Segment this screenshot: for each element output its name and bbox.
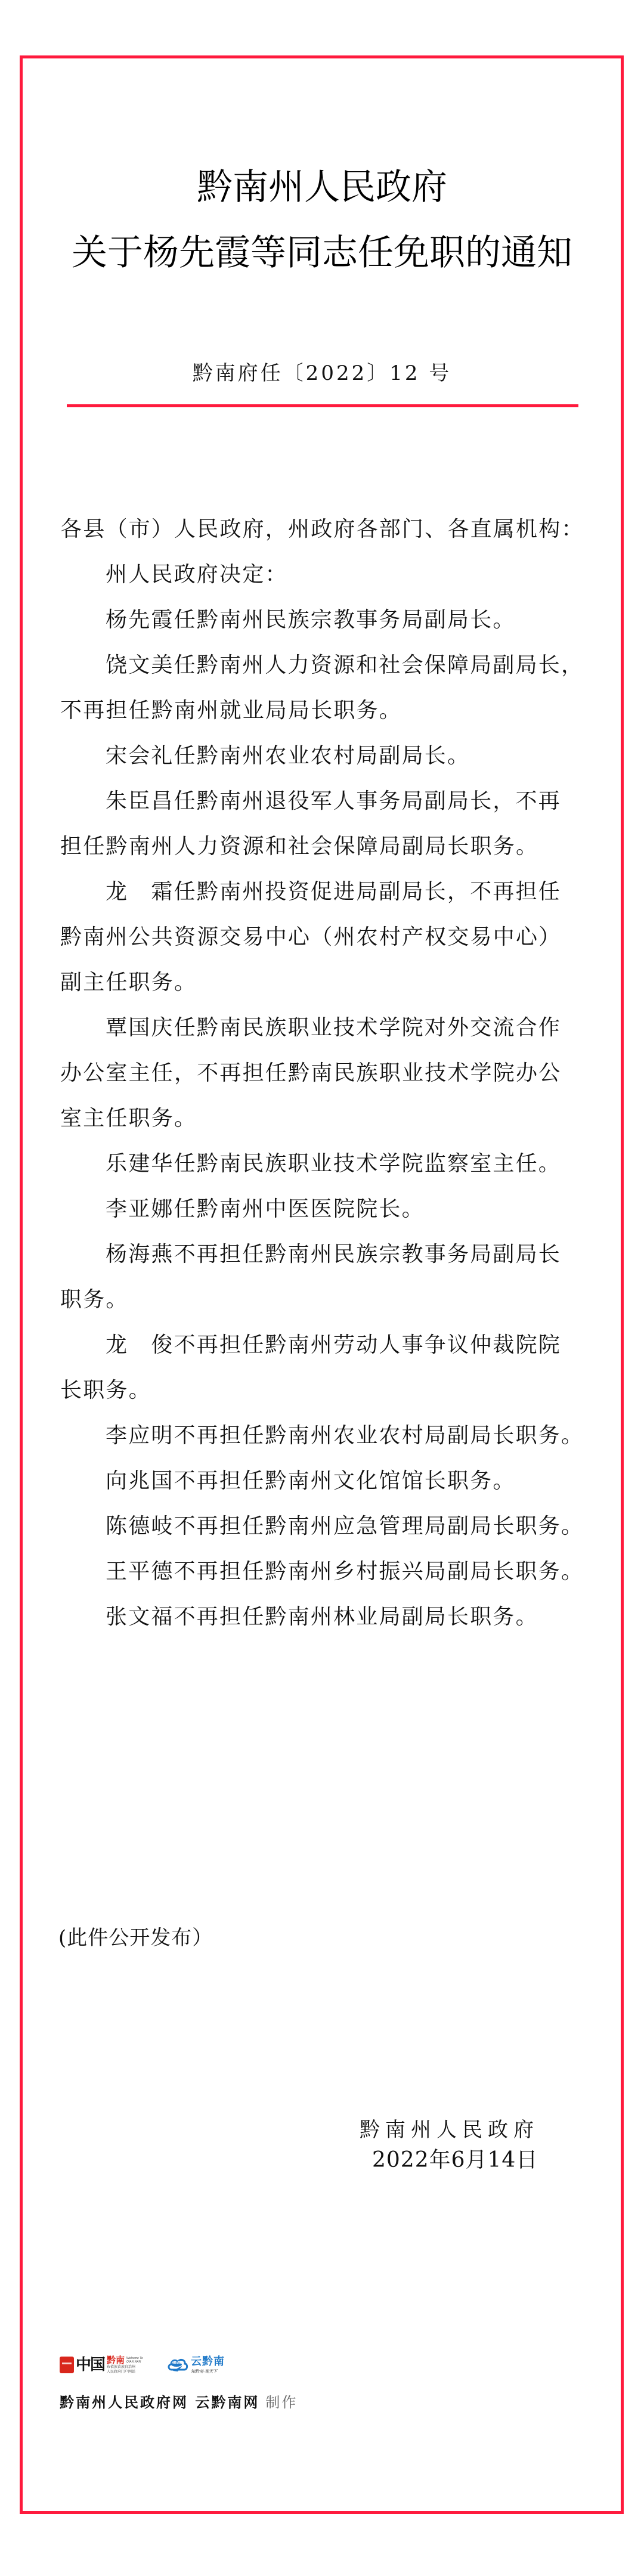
logo-subtitle-1: 布依族苗族自治州 xyxy=(107,2365,143,2370)
yunqiannan-text-group: 云黔南 知黔南·观天下 xyxy=(191,2355,225,2374)
issuer-signature: 黔南州人民政府 xyxy=(360,2117,539,2143)
body-line: 州人民政府决定： xyxy=(60,562,591,607)
document-number: 黔南府任〔2022〕12 号 xyxy=(0,360,644,386)
body-line: 担任黔南州人力资源和社会保障局副局长职务。 xyxy=(60,834,591,879)
body-line: 办公室主任，不再担任黔南民族职业技术学院办公 xyxy=(60,1060,591,1106)
qiannan-gov-logo[interactable]: 中国 黔南 Welcome To QIAN NAN 布依族苗族自治州 人民政府门… xyxy=(60,2351,162,2379)
body-line: 室主任职务。 xyxy=(60,1106,591,1151)
logo-qiannan-red-text: 黔南 xyxy=(107,2355,125,2365)
cloud-media-icon: media xyxy=(167,2357,188,2373)
body-line: 杨先霞任黔南州民族宗教事务局副局长。 xyxy=(60,607,591,652)
body-line: 张文福不再担任黔南州林业局副局长职务。 xyxy=(60,1604,591,1649)
body-line: 王平德不再担任黔南州乡村振兴局副局长职务。 xyxy=(60,1559,591,1604)
yunqiannan-name: 云黔南 xyxy=(191,2355,225,2368)
body-line: 不再担任黔南州就业局局长职务。 xyxy=(60,698,591,743)
body-line: 陈德岐不再担任黔南州应急管理局副局长职务。 xyxy=(60,1513,591,1559)
notice-body: 各县（市）人民政府，州政府各部门、各直属机构：州人民政府决定：杨先霞任黔南州民族… xyxy=(60,516,591,1649)
body-line: 乐建华任黔南民族职业技术学院监察室主任。 xyxy=(60,1151,591,1196)
logo-subtitle-2: 人民政府门户网站 xyxy=(107,2370,143,2374)
logo-welcome-group: Welcome To QIAN NAN xyxy=(126,2357,143,2364)
credit-organizations: 黔南州人民政府网 云黔南网 xyxy=(60,2394,259,2411)
body-line: 李应明不再担任黔南州农业农村局副局长职务。 xyxy=(60,1423,591,1468)
yunqiannan-logo[interactable]: media 云黔南 知黔南·观天下 xyxy=(167,2351,225,2379)
body-line: 黔南州公共资源交易中心（州农村产权交易中心） xyxy=(60,924,591,970)
body-line: 李亚娜任黔南州中医医院院长。 xyxy=(60,1196,591,1241)
body-line: 饶文美任黔南州人力资源和社会保障局副局长， xyxy=(60,652,591,698)
title-line-1: 黔南州人民政府 xyxy=(0,166,644,209)
body-line: 副主任职务。 xyxy=(60,970,591,1015)
yunqiannan-tagline: 知黔南·观天下 xyxy=(191,2368,225,2374)
publication-note: (此件公开发布） xyxy=(58,1925,213,1951)
production-credit: 黔南州人民政府网 云黔南网制作 xyxy=(60,2392,298,2413)
body-line: 覃国庆任黔南民族职业技术学院对外交流合作 xyxy=(60,1015,591,1060)
body-line: 向兆国不再担任黔南州文化馆馆长职务。 xyxy=(60,1468,591,1513)
footer-logos: 中国 黔南 Welcome To QIAN NAN 布依族苗族自治州 人民政府门… xyxy=(60,2351,225,2379)
red-seal-icon xyxy=(60,2357,74,2373)
issue-date: 2022年6月14日 xyxy=(372,2147,538,2174)
cloud-media-label: media xyxy=(172,2360,182,2365)
logo-qiannan-text-group: 黔南 Welcome To QIAN NAN 布依族苗族自治州 人民政府门户网站 xyxy=(107,2351,143,2379)
body-line: 朱臣昌任黔南州退役军人事务局副局长，不再 xyxy=(60,788,591,834)
logo-qiannan-en-text: QIAN NAN xyxy=(126,2360,143,2364)
red-divider-line xyxy=(67,404,578,407)
logo-zhongguo-text: 中国 xyxy=(76,2353,104,2377)
logo-qiannan-top: 黔南 Welcome To QIAN NAN xyxy=(107,2355,143,2365)
body-line: 宋会礼任黔南州农业农村局副局长。 xyxy=(60,743,591,788)
body-line: 杨海燕不再担任黔南州民族宗教事务局副局长 xyxy=(60,1241,591,1287)
body-line: 各县（市）人民政府，州政府各部门、各直属机构： xyxy=(60,516,591,562)
body-line: 长职务。 xyxy=(60,1377,591,1423)
title-line-2: 关于杨先霞等同志任免职的通知 xyxy=(0,231,644,274)
body-line: 龙 俊不再担任黔南州劳动人事争议仲裁院院 xyxy=(60,1332,591,1377)
credit-made-label: 制作 xyxy=(265,2394,298,2411)
body-line: 职务。 xyxy=(60,1287,591,1332)
body-line: 龙 霜任黔南州投资促进局副局长，不再担任 xyxy=(60,879,591,924)
